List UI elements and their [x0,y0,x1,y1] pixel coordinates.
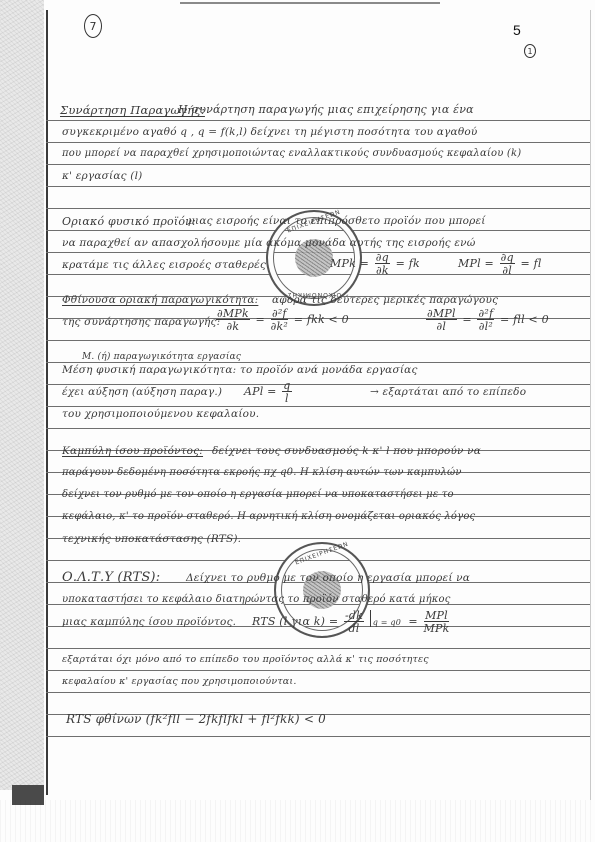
mpl-formula: MPl = ∂q∂l = fl [458,252,542,276]
isoquant-line-2: παράγουν δεδομένη ποσότητα εκροής πχ q0.… [62,467,462,478]
dmpl-fraction: ∂MPl∂l [426,308,457,332]
marginal-product-line-2: να παραχθεί αν απασχολήσουμε μία ακόμα μ… [62,237,476,249]
ruled-line [46,692,590,693]
dmpl-den: ∂l [437,320,447,332]
fkk-rhs: fkk < 0 [307,313,349,326]
apl-den: l [285,392,289,404]
rts-condition: q = q0 [370,610,401,627]
rts-formula: RTS (l για k) = -dkdl q = q0 = MPlMPk [252,610,451,634]
diminishing-mp-heading: Φθίνουσα οριακή παραγωγικότητα: [62,294,258,306]
rts-num2: MPl [424,610,449,622]
rts-den: dl [348,622,359,634]
apl-num: q [282,380,291,392]
average-product-line-1: το προϊόν ανά μονάδα εργασίας [240,364,418,376]
page-sub-mark-text: 1 [527,47,532,56]
diminishing-mp-line-2: της συνάρτησης παραγωγής: [62,316,220,328]
isoquant-line-1: δείχνει τους συνδυασμούς k κ' l που μπορ… [212,445,481,457]
rts-line-1: Δείχνει το ρυθμό με τον οποίο η εργασία … [186,572,470,584]
d2fl-num: ∂²f [477,308,494,320]
dmpl-num: ∂MPl [426,308,457,320]
ruled-line [46,736,590,737]
ruled-line [46,428,590,429]
section-number: 7 [90,20,97,33]
mpl-rhs: fl [534,257,542,270]
rts-formula-lhs: RTS (l για k) = [252,615,338,628]
average-product-line-3: → εξαρτάται από το επίπεδο [370,386,526,398]
ruled-line [46,142,590,143]
mpl-fraction: ∂q∂l [500,252,515,276]
rts-line-2: υποκαταστήσει το κεφάλαιο διατηρώντας το… [62,594,451,605]
d2fk-den: ∂k² [271,320,288,332]
dmpk-fraction: ∂MPk∂k [216,308,250,332]
mpk-label: MPk [330,257,356,270]
ruled-line [46,406,590,407]
average-product-line-4: του χρησιμοποιούμενου κεφαλαίου. [62,408,259,420]
scanned-notebook-page: 7 5 1 ΕΠΙΧΕΙΡΗΣΕΩΝ ΟΙΚΟΝΟΜΙΚΗΣ ΕΠΙΧΕΙΡΗΣ… [0,0,595,842]
mpk-num: ∂q [375,252,390,264]
d2fk-num: ∂²f [271,308,288,320]
marginal-product-line-3: κρατάμε τις άλλες εισροές σταθερές [62,259,266,271]
rts-dependency-line-2: κεφαλαίου κ' εργασίας που χρησιμοποιούντ… [62,676,297,687]
isoquant-line-3: δείχνει τον ρυθμό με τον οποίο η εργασία… [62,489,454,500]
mpl-label: MPl [458,257,481,270]
fll-rhs: fll < 0 [513,313,549,326]
scan-top-edge [180,2,440,4]
d2fl-den: ∂l² [479,320,493,332]
scan-shadow-left [0,0,44,790]
ruled-line [46,186,590,187]
rts-dk-dl-fraction: -dkdl [344,610,364,634]
ruled-line [46,670,590,671]
ruled-line [46,340,590,341]
fkk-formula: ∂MPk∂k = ∂²f∂k² = fkk < 0 [214,308,349,332]
rts-dependency-line-1: εξαρτάται όχι μόνο από το επίπεδο του πρ… [62,654,429,665]
page-number: 5 [513,22,521,38]
dmpk-den: ∂k [227,320,240,332]
apl-formula: APl = ql [244,380,294,404]
rts-heading: Ο.Λ.Τ.Υ (RTS): [62,570,160,585]
d2fl-fraction: ∂²f∂l² [477,308,494,332]
ruled-line [46,208,590,209]
fll-formula: ∂MPl∂l = ∂²f∂l² = fll < 0 [424,308,549,332]
rts-num: -dk [344,610,364,622]
page-right-edge [590,10,591,800]
margin-line [46,10,48,795]
rts-line-3: μιας καμπύλης ίσου προϊόντος. [62,616,236,628]
marginal-product-line-1: μιας εισροής είναι το επιπρόσθετο προϊόν… [188,215,486,227]
ruled-line [46,120,590,121]
average-product-line-2: έχει αύξηση (αύξηση παραγ.) [62,386,222,398]
production-function-line-2: συγκεκριμένο αγαθό q , q = f(k,l) δείχνε… [62,126,477,138]
isoquant-line-5: τεχνικής υποκατάστασης (RTS). [62,533,241,545]
stamp-text-top: ΕΠΙΧΕΙΡΗΣΕΩΝ [294,541,350,567]
section-number-circled: 7 [84,14,102,38]
production-function-line-1: Η συνάρτηση παραγωγής μιας επιχείρησης γ… [178,103,474,116]
d2fk-fraction: ∂²f∂k² [271,308,288,332]
isoquant-heading: Καμπύλη ίσου προϊόντος: [62,445,203,457]
average-product-heading: Μέση φυσική παραγωγικότητα: [62,364,236,376]
page-sub-mark: 1 [524,44,536,58]
mpk-fraction: ∂q∂k [375,252,390,276]
scan-noise-bottom [0,800,595,842]
ruled-line [46,164,590,165]
rts-diminishing: RTS φθίνων (fk²fll − 2fkflfkl + fl²fkk) … [66,712,326,726]
production-function-line-3: που μπορεί να παραχθεί χρησιμοποιώντας ε… [62,148,521,159]
marginal-product-heading: Οριακό φυσικό προϊόν: [62,215,196,228]
average-product-annotation: Μ. (ή) παραγωγικότητα εργασίας [82,352,241,362]
rts-den2: MPk [424,622,450,634]
isoquant-line-4: κεφάλαιο, κ' το προϊόν σταθερό. Η αρνητι… [62,511,475,522]
mpk-den: ∂k [376,264,389,276]
production-function-line-4: κ' εργασίας (l) [62,170,142,182]
ruled-line [46,362,590,363]
ruled-line [46,648,590,649]
rts-mp-fraction: MPlMPk [424,610,450,634]
apl-fraction: ql [282,380,291,404]
apl-label: APl [244,385,263,398]
ruled-line [46,384,590,385]
mpl-num: ∂q [500,252,515,264]
dmpk-num: ∂MPk [216,308,250,320]
mpl-den: ∂l [502,264,512,276]
mpk-rhs: fk [409,257,420,270]
diminishing-mp-line-1: αφορά τις δεύτερες μερικές παραγώγους [272,294,498,306]
mpk-formula: MPk = ∂q∂k = fk [330,252,420,276]
